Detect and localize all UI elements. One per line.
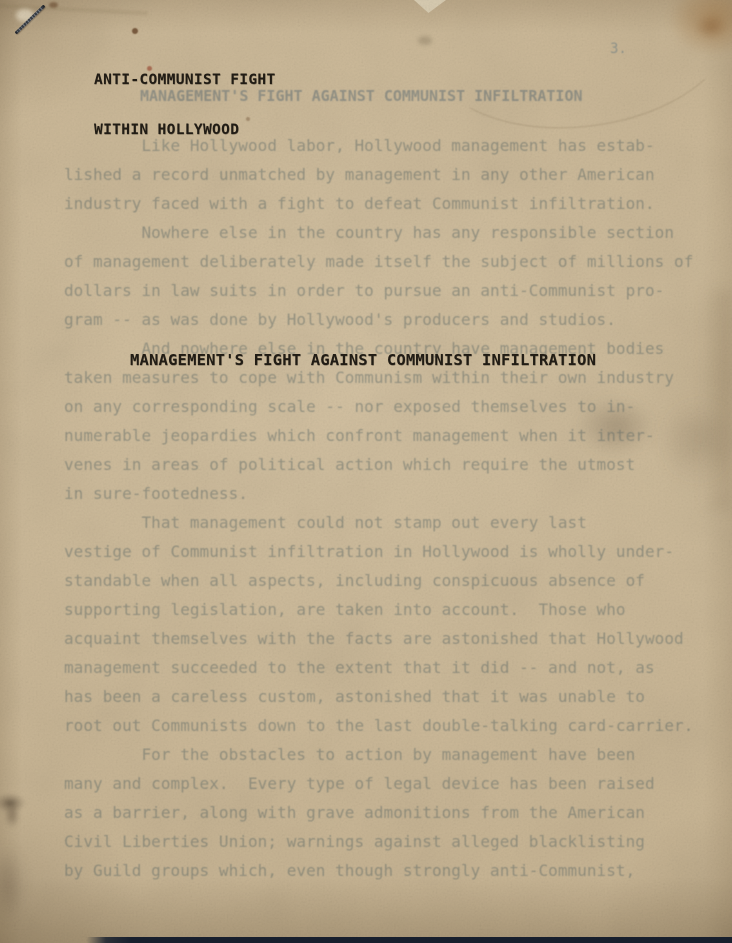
- ghost-line: management succeeded to the extent that …: [64, 653, 693, 682]
- title-stamp-line2: WITHIN HOLLYWOOD: [94, 122, 276, 139]
- ghost-line: in sure-footedness.: [64, 479, 693, 508]
- shade-right-edge: [700, 290, 732, 510]
- ghost-line: many and complex. Every type of legal de…: [64, 769, 693, 798]
- ghost-line: Nowhere else in the country has any resp…: [64, 218, 693, 247]
- ghost-line: supporting legislation, are taken into a…: [64, 595, 693, 624]
- title-stamp-line1: ANTI-COMMUNIST FIGHT: [94, 72, 276, 89]
- ghost-line: venes in areas of political action which…: [64, 450, 693, 479]
- document-page: 3. MANAGEMENT'S FIGHT AGAINST COMMUNIST …: [0, 0, 732, 943]
- center-heading-stamp: MANAGEMENT'S FIGHT AGAINST COMMUNIST INF…: [130, 351, 596, 369]
- ghost-line: acquaint themselves with the facts are a…: [64, 624, 693, 653]
- ghost-line: That management could not stamp out ever…: [64, 508, 693, 537]
- ghost-line: root out Communists down to the last dou…: [64, 711, 693, 740]
- ghost-line: industry faced with a fight to defeat Co…: [64, 189, 693, 218]
- paper-crease: [421, 0, 732, 145]
- ghost-line: Civil Liberties Union; warnings against …: [64, 827, 693, 856]
- ghost-line: For the obstacles to action by managemen…: [64, 740, 693, 769]
- smudge-bottom-left: [0, 845, 24, 923]
- mark-bottom-left: [0, 793, 26, 813]
- ghost-line: of management deliberately made itself t…: [64, 247, 693, 276]
- ghost-line: vestige of Communist infiltration in Hol…: [64, 537, 693, 566]
- scan-edge-strip: [86, 937, 732, 943]
- ghost-line: numerable jeopardies which confront mana…: [64, 421, 693, 450]
- ghost-line: gram -- as was done by Hollywood's produ…: [64, 305, 693, 334]
- ghost-page-number: 3.: [610, 41, 627, 57]
- mark-bottom-left-tail: [4, 802, 20, 828]
- ghost-body: Like Hollywood labor, Hollywood manageme…: [64, 131, 693, 885]
- staple: [15, 5, 46, 35]
- ghost-line: on any corresponding scale -- nor expose…: [64, 392, 693, 421]
- torn-corner: [414, 0, 446, 13]
- title-stamp: ANTI-COMMUNIST FIGHT WITHIN HOLLYWOOD: [94, 39, 276, 171]
- ghost-line: dollars in law suits in order to pursue …: [64, 276, 693, 305]
- ghost-line: standable when all aspects, including co…: [64, 566, 693, 595]
- speck: [132, 28, 138, 34]
- ghost-line: as a barrier, along with grave admonitio…: [64, 798, 693, 827]
- ghost-line: by Guild groups which, even though stron…: [64, 856, 693, 885]
- paper-curl-shadow: [0, 4, 148, 15]
- speck: [418, 36, 432, 45]
- ghost-line: has been a careless custom, astonished t…: [64, 682, 693, 711]
